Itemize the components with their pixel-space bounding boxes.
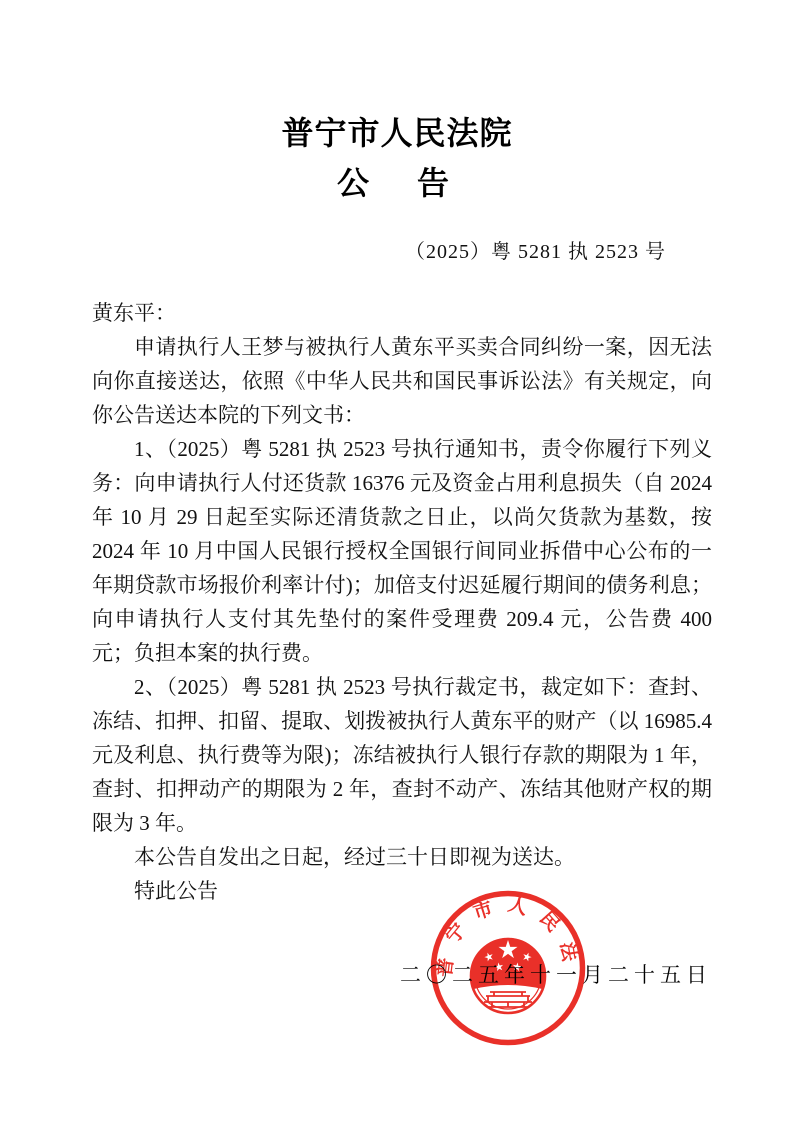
case-number: （2025）粤 5281 执 2523 号 xyxy=(405,235,666,264)
document-date: 二〇二五年十一月二十五日 xyxy=(400,959,712,989)
paragraph-closing: 特此公告 xyxy=(92,874,712,908)
court-name-heading: 普宁市人民法院 xyxy=(0,108,794,154)
paragraph-service-notice: 本公告自发出之日起，经过三十日即视为送达。 xyxy=(92,840,712,874)
recipient-name: 黄东平： xyxy=(92,296,712,330)
paragraph-intro: 申请执行人王梦与被执行人黄东平买卖合同纠纷一案，因无法向你直接送达，依照《中华人… xyxy=(92,330,712,432)
paragraph-item-2: 2、（2025）粤 5281 执 2523 号执行裁定书，裁定如下：查封、冻结、… xyxy=(92,670,712,840)
announcement-body: 黄东平： 申请执行人王梦与被执行人黄东平买卖合同纠纷一案，因无法向你直接送达，依… xyxy=(92,296,712,908)
paragraph-item-1: 1、（2025）粤 5281 执 2523 号执行通知书，责令你履行下列义务：向… xyxy=(92,432,712,670)
document-title: 公 告 xyxy=(0,158,794,204)
court-announcement-page: 普宁市人民法院 公 告 （2025）粤 5281 执 2523 号 黄东平： 申… xyxy=(0,0,794,1122)
